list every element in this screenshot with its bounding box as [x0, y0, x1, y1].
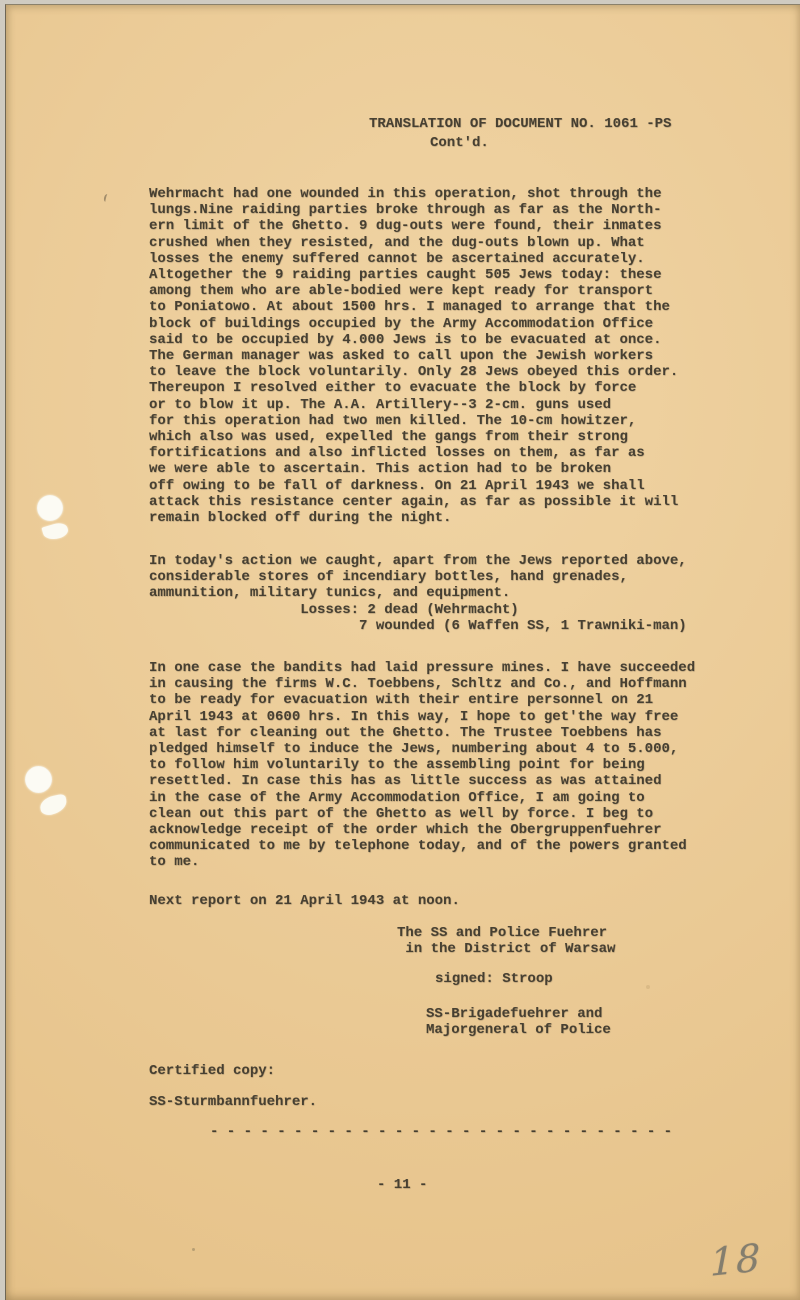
paper-speck [646, 985, 650, 989]
text-line: Majorgeneral of Police [426, 1022, 611, 1038]
text-line: at last for cleaning out the Ghetto. The… [149, 725, 695, 741]
text-line: In one case the bandits had laid pressur… [149, 660, 695, 676]
hole-punch-bottom-tear [38, 793, 68, 816]
text-line: fortifications and also inflicted losses… [149, 445, 678, 461]
dashed-separator: - - - - - - - - - - - - - - - - - - - - … [210, 1124, 672, 1140]
paper-mark [103, 194, 110, 203]
text-line: communicated to me by telephone today, a… [149, 838, 695, 854]
text-line: ammunition, military tunics, and equipme… [149, 585, 687, 601]
text-line: block of buildings occupied by the Army … [149, 316, 678, 332]
paragraph-operation-report: Wehrmacht had one wounded in this operat… [149, 186, 678, 526]
text-line: April 1943 at 0600 hrs. In this way, I h… [149, 709, 695, 725]
document-scan: TRANSLATION OF DOCUMENT NO. 1061 -PS Con… [0, 0, 800, 1300]
text-line: in the case of the Army Accommodation Of… [149, 790, 695, 806]
text-line: clean out this part of the Ghetto as wel… [149, 806, 695, 822]
handwritten-page-number: 18 [710, 1237, 762, 1283]
text-line: to me. [149, 854, 695, 870]
paper-speck [311, 370, 314, 373]
text-line: acknowledge receipt of the order which t… [149, 822, 695, 838]
text-line: lungs.Nine raiding parties broke through… [149, 202, 678, 218]
text-line: resettled. In case this has as little su… [149, 773, 695, 789]
text-line: remain blocked off during the night. [149, 510, 678, 526]
text-line: Losses: 2 dead (Wehrmacht) [149, 602, 687, 618]
text-line: which also was used, expelled the gangs … [149, 429, 678, 445]
text-line: The German manager was asked to call upo… [149, 348, 678, 364]
document-contd-label: Cont'd. [430, 135, 489, 151]
text-line: in the District of Warsaw [397, 941, 615, 957]
text-line: SS-Brigadefuehrer and [426, 1006, 611, 1022]
text-line: crushed when they resisted, and the dug-… [149, 235, 678, 251]
certifier-rank-line: SS-Sturmbannfuehrer. [149, 1094, 317, 1110]
text-line: said to be occupied by 4.000 Jews is to … [149, 332, 678, 348]
next-report-line: Next report on 21 April 1943 at noon. [149, 893, 460, 909]
text-line: to be ready for evacuation with their en… [149, 692, 695, 708]
hole-punch-bottom [25, 766, 52, 793]
text-line: among them who are able-bodied were kept… [149, 283, 678, 299]
hole-punch-top-tear [41, 521, 69, 542]
text-line: 7 wounded (6 Waffen SS, 1 Trawniki-man) [149, 618, 687, 634]
text-line: considerable stores of incendiary bottle… [149, 569, 687, 585]
text-line: The SS and Police Fuehrer [397, 925, 615, 941]
text-line: losses the enemy suffered cannot be asce… [149, 251, 678, 267]
signature-organization: The SS and Police Fuehrer in the Distric… [397, 925, 615, 957]
signature-signed-line: signed: Stroop [435, 971, 553, 987]
text-line: Altogether the 9 raiding parties caught … [149, 267, 678, 283]
paper-speck [574, 571, 578, 574]
paragraph-captured-and-losses: In today's action we caught, apart from … [149, 553, 687, 634]
text-line: pledged himself to induce the Jews, numb… [149, 741, 695, 757]
text-line: or to blow it up. The A.A. Artillery--3 … [149, 397, 678, 413]
text-line: to leave the block voluntarily. Only 28 … [149, 364, 678, 380]
text-line: for this operation had two men killed. T… [149, 413, 678, 429]
text-line: In today's action we caught, apart from … [149, 553, 687, 569]
paper-page: TRANSLATION OF DOCUMENT NO. 1061 -PS Con… [5, 4, 800, 1300]
text-line: we were able to ascertain. This action h… [149, 461, 678, 477]
text-line: Wehrmacht had one wounded in this operat… [149, 186, 678, 202]
paper-speck [192, 1248, 195, 1251]
signature-rank: SS-Brigadefuehrer andMajorgeneral of Pol… [426, 1006, 611, 1038]
document-title: TRANSLATION OF DOCUMENT NO. 1061 -PS [369, 116, 671, 132]
text-line: ern limit of the Ghetto. 9 dug-outs were… [149, 218, 678, 234]
text-line: off owing to be fall of darkness. On 21 … [149, 478, 678, 494]
paragraph-evacuation-plan: In one case the bandits had laid pressur… [149, 660, 695, 871]
typed-page-number: - 11 - [377, 1177, 427, 1193]
certified-copy-label: Certified copy: [149, 1063, 275, 1079]
hole-punch-top [37, 495, 63, 521]
text-line: in causing the firms W.C. Toebbens, Schl… [149, 676, 695, 692]
text-line: to Poniatowo. At about 1500 hrs. I manag… [149, 299, 678, 315]
text-line: attack this resistance center again, as … [149, 494, 678, 510]
text-line: to follow him voluntarily to the assembl… [149, 757, 695, 773]
text-line: Thereupon I resolved either to evacuate … [149, 380, 678, 396]
